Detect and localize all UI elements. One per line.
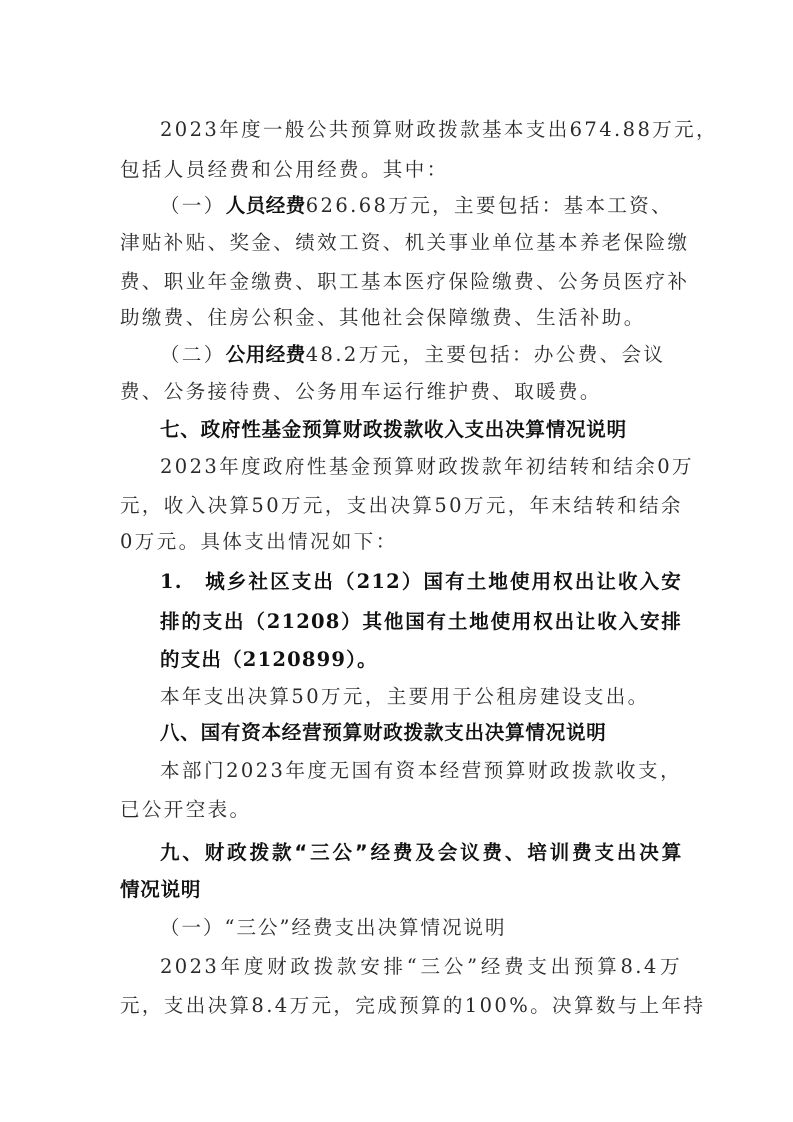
personnel-expense-line-1: （一）人员经费626.68万元，主要包括：基本工资、: [160, 194, 682, 218]
section-heading-9-line-2: 情况说明: [120, 878, 682, 902]
fund-budget-line-2: 元，收入决算50万元，支出决算50万元，年末结转和结余: [120, 494, 682, 518]
public-expense-line-2: 费、公务接待费、公务用车运行维护费、取暖费。: [120, 380, 682, 404]
document-page: 2023年度一般公共预算财政拨款基本支出674.88万元， 包括人员经费和公用经…: [0, 0, 793, 1122]
paragraph-basic-expenditure-line-2: 包括人员经费和公用经费。其中：: [120, 158, 682, 182]
item-1-description: 本年支出决算50万元，主要用于公租房建设支出。: [160, 685, 682, 709]
three-public-line-1: 2023年度财政拨款安排“三公”经费支出预算8.4万: [160, 955, 682, 979]
section-heading-7: 七、政府性基金预算财政拨款收入支出决算情况说明: [160, 418, 682, 442]
public-prefix: （二）: [160, 343, 226, 366]
public-expense-keyword: 公用经费: [226, 343, 306, 366]
personnel-prefix: （一）: [160, 194, 226, 217]
item-1-line-1: 1. 城乡社区支出（212）国有土地使用权出让收入安: [160, 570, 682, 594]
paragraph-basic-expenditure-line-1: 2023年度一般公共预算财政拨款基本支出674.88万元，: [160, 118, 682, 142]
state-capital-line-1: 本部门2023年度无国有资本经营预算财政拨款收支，: [160, 759, 682, 783]
subsection-heading-three-public: （一）“三公”经费支出决算情况说明: [160, 916, 682, 940]
personnel-expense-line-2: 津贴补贴、奖金、绩效工资、机关事业单位基本养老保险缴: [120, 231, 682, 255]
fund-budget-line-3: 0万元。具体支出情况如下：: [120, 530, 682, 554]
personnel-expense-keyword: 人员经费: [226, 194, 306, 217]
three-public-line-2: 元，支出决算8.4万元，完成预算的100%。决算数与上年持: [120, 994, 682, 1018]
state-capital-line-2: 已公开空表。: [120, 798, 682, 822]
personnel-expense-text: 626.68万元，主要包括：基本工资、: [306, 194, 673, 217]
personnel-expense-line-3: 费、职业年金缴费、职工基本医疗保险缴费、公务员医疗补: [120, 270, 682, 294]
personnel-expense-line-4: 助缴费、住房公积金、其他社会保障缴费、生活补助。: [120, 306, 682, 330]
item-1-line-3: 的支出（2120899）。: [160, 648, 682, 672]
fund-budget-line-1: 2023年度政府性基金预算财政拨款年初结转和结余0万: [160, 455, 682, 479]
section-heading-8: 八、国有资本经营预算财政拨款支出决算情况说明: [160, 721, 682, 745]
section-heading-9-line-1: 九、财政拨款“三公”经费及会议费、培训费支出决算: [160, 841, 682, 865]
public-expense-text: 48.2万元，主要包括：办公费、会议: [306, 343, 666, 366]
item-1-line-2: 排的支出（21208）其他国有土地使用权出让收入安排: [160, 610, 682, 634]
public-expense-line-1: （二）公用经费48.2万元，主要包括：办公费、会议: [160, 343, 682, 367]
